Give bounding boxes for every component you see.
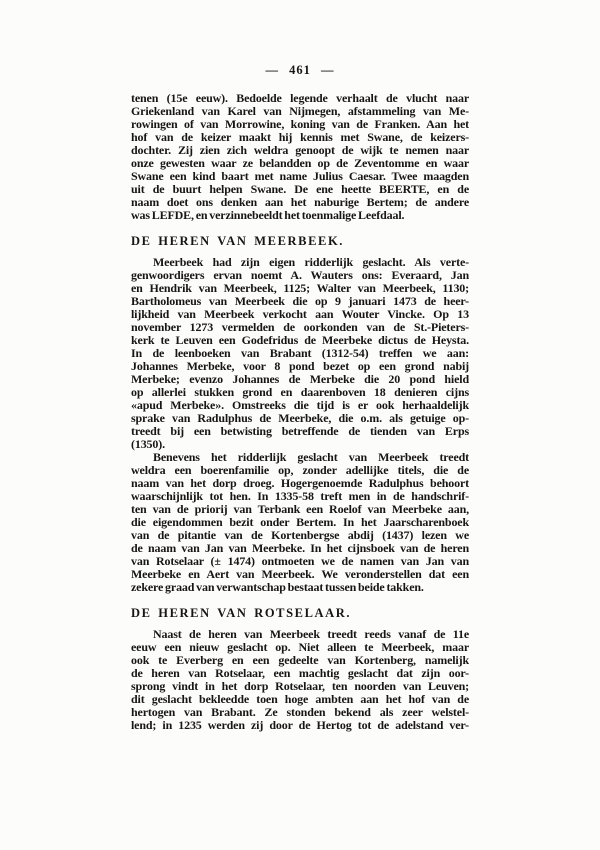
text-line: van Rotselaar (± 1474) ontmoeten we de n…	[131, 555, 469, 568]
paragraph: Naast de heren van Meerbeek treedt reeds…	[131, 628, 469, 732]
text-line: Johannes Merbeke, voor 8 pond bezet op e…	[131, 360, 469, 373]
text-line: Meerbeek had zijn eigen ridderlijk gesla…	[131, 256, 469, 269]
page-body: — 461 — tenen (15e eeuw). Bedoelde legen…	[131, 64, 469, 732]
book-page: — 461 — tenen (15e eeuw). Bedoelde legen…	[0, 0, 600, 850]
text-column: tenen (15e eeuw). Bedoelde legende verha…	[131, 92, 469, 732]
paragraph: Meerbeek had zijn eigen ridderlijk gesla…	[131, 256, 469, 451]
text-line: onze gewesten waar ze belandden op de Ze…	[131, 157, 469, 170]
text-line: naam doet ons denken aan het naburige Be…	[131, 196, 469, 209]
text-line: weldra een boerenfamilie op, zonder adel…	[131, 464, 469, 477]
text-line: dit geslacht bekleedde toen hoge ambten …	[131, 693, 469, 706]
text-line: «apud Merbeke». Omstreeks die tijd is er…	[131, 399, 469, 412]
text-line: de heren van Rotselaar, een machtig gesl…	[131, 667, 469, 680]
text-line: Merbeke; evenzo Johannes de Merbeke die …	[131, 373, 469, 386]
text-line: lijkheid van Meerbeek verkocht aan Woute…	[131, 308, 469, 321]
text-line: waarschijnlijk tot hen. In 1335-58 treft…	[131, 490, 469, 503]
text-line: lend; in 1235 werden zij door de Hertog …	[131, 719, 469, 732]
text-line: tenen (15e eeuw). Bedoelde legende verha…	[131, 92, 469, 105]
text-line: In de leenboeken van Brabant (1312-54) t…	[131, 347, 469, 360]
text-line: treedt bij een betwisting betreffende de…	[131, 425, 469, 438]
paragraph: Benevens het ridderlijk geslacht van Mee…	[131, 451, 469, 594]
text-line: Griekenland van Karel van Nijmegen, afst…	[131, 105, 469, 118]
text-line: sprake van Radulphus de Meerbeke, die o.…	[131, 412, 469, 425]
text-line: november 1273 vermelden de oorkonden van…	[131, 321, 469, 334]
text-line: sprong vindt in het dorp Rotselaar, ten …	[131, 680, 469, 693]
page-number: — 461 —	[131, 64, 469, 77]
text-line: zekere graad van verwantschap bestaat tu…	[131, 581, 469, 594]
text-line: op allerlei stukken grond en daarenboven…	[131, 386, 469, 399]
text-line: hertogen van Brabant. Ze stonden bekend …	[131, 706, 469, 719]
text-line: Swane een kind baart met name Julius Cae…	[131, 170, 469, 183]
text-line: Naast de heren van Meerbeek treedt reeds…	[131, 628, 469, 641]
text-line: de naam van Jan van Meerbeke. In het cij…	[131, 542, 469, 555]
text-line: Bartholomeus van Meerbeek die op 9 janua…	[131, 295, 469, 308]
text-line: naam van het dorp droeg. Hogergenoemde R…	[131, 477, 469, 490]
text-line: die eigendommen bezit onder Bertem. In h…	[131, 516, 469, 529]
text-line: Benevens het ridderlijk geslacht van Mee…	[131, 451, 469, 464]
text-line: hof van de keizer maakt hij kennis met S…	[131, 131, 469, 144]
section-heading: DE HEREN VAN MEERBEEK.	[131, 235, 469, 248]
text-line: van de pitantie van de Kortenbergse abdi…	[131, 529, 469, 542]
paragraph: tenen (15e eeuw). Bedoelde legende verha…	[131, 92, 469, 222]
text-line: ten van de priorij van Terbank een Roelo…	[131, 503, 469, 516]
text-line: eeuw een nieuw geslacht op. Niet alleen …	[131, 641, 469, 654]
text-line: uit de buurt helpen Swane. De ene heette…	[131, 183, 469, 196]
text-line: ook te Everberg en een gedeelte van Kort…	[131, 654, 469, 667]
section-heading: DE HEREN VAN ROTSELAAR.	[131, 607, 469, 620]
text-line: (1350).	[131, 438, 469, 451]
text-line: dochter. Zij zien zich weldra genoopt de…	[131, 144, 469, 157]
text-line: kerk te Leuven een Godefridus de Meerbek…	[131, 334, 469, 347]
text-line: en Hendrik van Meerbeek, 1125; Walter va…	[131, 282, 469, 295]
text-line: Meerbeke en Aert van Meerbeek. We verond…	[131, 568, 469, 581]
text-line: was LEFDE, en verzinnebeeldt het toenmal…	[131, 209, 469, 222]
text-line: genwoordigers ervan noemt A. Wauters ons…	[131, 269, 469, 282]
text-line: rowingen of van Morrowine, koning van de…	[131, 118, 469, 131]
